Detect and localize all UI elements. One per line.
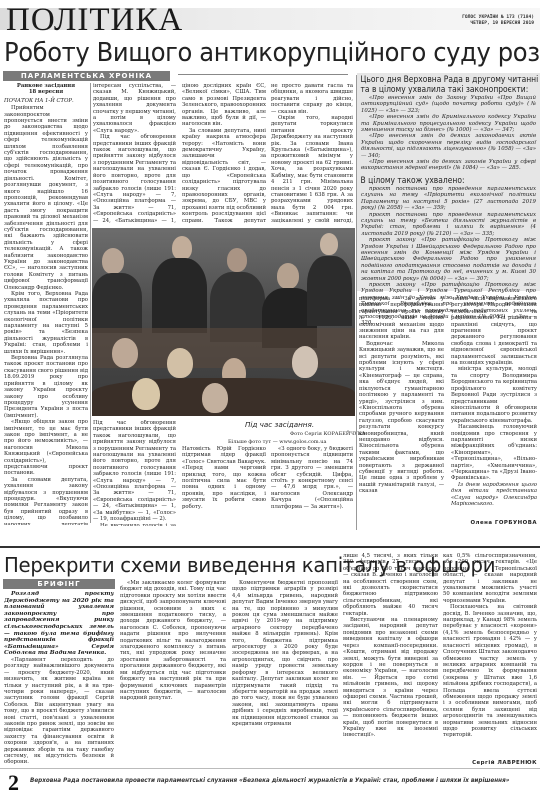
photo-caption: Під час засідання.: [245, 420, 314, 429]
paragraph: ках 0,5% сільгосппризначення, або 200 ти…: [443, 553, 537, 604]
paragraph: Коментуючи бюджетні пропозиції щодо підт…: [232, 580, 338, 727]
paragraph: Насамкінець головуючий повідомив про ств…: [451, 424, 537, 482]
sidebar-item: проєкт закону «Про ратифікацію Протоколу…: [361, 237, 536, 282]
article2-lead: Розгляд проєкту Держбюджету на 2020 рік …: [4, 591, 114, 657]
paragraph: Натомість Юрій Гордієнко підтримав лідер…: [182, 446, 266, 510]
article2-column-4: лише 4,5 тисячі, з яких тільки 380 ферме…: [343, 553, 438, 766]
photo-more-link[interactable]: Більше фото тут — www.golos.com.ua: [228, 439, 326, 445]
paragraph: Водночас Микола Княжицький зауважив, що …: [359, 341, 444, 495]
paragraph: інтересам суспільства, — сказав М. Княжи…: [93, 83, 176, 134]
paragraph: Прийнятим законопроєктом пропонується вн…: [4, 105, 88, 291]
paragraph: Окрім того, народні депутати торкнулися …: [271, 115, 353, 223]
article2-column-2: «Ми закликаємо колег формувати бюджет ві…: [120, 580, 226, 766]
paragraph: Крім того, Верховна Рада ухвалила постан…: [4, 291, 88, 355]
paragraph: «Якщо обіцяли закон про імпічмент, то це…: [4, 419, 88, 477]
paragraph: Не вистачило голосів і за проєкт постано…: [93, 523, 176, 527]
sidebar-item: «Про внесення змін до деяких законодавчи…: [361, 133, 536, 159]
section-title: ПОЛІТИКА: [6, 5, 183, 35]
sidebar-item: «Про внесення змін до Закону України «Пр…: [361, 95, 536, 114]
column-rule: [356, 75, 357, 530]
sidebar-title: Цього дня Верховна Рада в другому читанн…: [357, 73, 518, 95]
sidebar-subtitle: В цілому також ухвалено:: [357, 174, 518, 186]
paragraph: ціною дослідних країн ЄС, «Великої сімки…: [182, 83, 266, 128]
paragraph: чення часів парламентського регулятора. …: [451, 296, 537, 366]
paragraph: За словами депутата, нині країну накрила…: [182, 128, 266, 223]
article-separator: [0, 546, 540, 548]
sidebar-item: проєкт постанови про проведення парламен…: [361, 186, 536, 212]
article2-column-3: Коментуючи бюджетні пропозиції щодо підт…: [232, 580, 338, 766]
paragraph: лише 4,5 тисячі, з яких тільки 380 ферме…: [343, 553, 438, 617]
paragraph: міністра культури, молоді та спорту Воло…: [451, 366, 537, 424]
article1-signature: Олена ГОРБУНОВА: [451, 520, 537, 526]
divider: [178, 74, 348, 75]
article1-column-5: платформа — За життя» у питанні переформ…: [359, 296, 444, 528]
article1-column-6: чення часів парламентського регулятора. …: [451, 296, 537, 516]
article1-column-4: не просто давати гасла та обіцянки, а як…: [271, 83, 353, 223]
masthead: ГОЛОС УКРАЇНИ № 173 (7184) ЧЕТВЕР, 19 ВЕ…: [462, 15, 534, 27]
article1-column-4-cont: «З одного боку, у бюджеті пропонується п…: [271, 446, 353, 526]
paragraph: «Парламент переходить до розгляду найваж…: [4, 657, 114, 766]
sidebar-box: Цього дня Верховна Рада в другому читанн…: [357, 73, 540, 291]
sidebar-item: проєкт постанови про проведення парламен…: [361, 212, 536, 238]
article1-column-3: ціною дослідних країн ЄС, «Великої сімки…: [182, 83, 266, 223]
article1-column-2-cont: Під час обговорення представники інших ф…: [93, 420, 176, 526]
sidebar-list: «Про внесення змін до Закону України «Пр…: [357, 95, 540, 172]
continued-from: ПОЧАТОК НА 1-Й СТОР.: [4, 98, 88, 104]
paragraph: Верховна Рада розглянула також проєкт по…: [4, 355, 88, 419]
paragraph: платформа — За життя» у питанні переформ…: [359, 296, 444, 341]
sidebar-item: «Про внесення змін до деяких законів Укр…: [361, 159, 536, 172]
article2-column-5: ках 0,5% сільгосппризначення, або 200 ти…: [443, 553, 537, 756]
masthead-date: ЧЕТВЕР, 19 ВЕРЕСНЯ 2019: [462, 21, 534, 27]
article2-rubric: БРИФІНГ: [3, 579, 115, 589]
paragraph: За словами депутата, ухвалення закону ві…: [4, 477, 88, 525]
paragraph: Із днем народження цього дня вітали пред…: [451, 482, 537, 508]
page-number: 2: [8, 770, 19, 796]
paragraph: Під час обговорення представники інших ф…: [93, 134, 176, 223]
paragraph: не просто давати гасла та обіцянки, а як…: [271, 83, 353, 115]
paragraph: Посилаючись на світовий досвід, В. Івчен…: [443, 604, 537, 739]
article1-headline: Роботу Вищого антикорупційного суду розб…: [4, 38, 540, 68]
paragraph: Виступаючи на пленарному засіданні, наро…: [343, 617, 438, 739]
footer-divider: [0, 768, 540, 769]
article1-column-3-cont: Натомість Юрій Гордієнко підтримав лідер…: [182, 446, 266, 526]
article2-column-1: Розгляд проєкту Держбюджету на 2020 рік …: [4, 591, 114, 766]
paragraph: «З одного боку, у бюджеті пропонується п…: [271, 446, 353, 510]
article1-column-1: Ранкове засідання 18 вересня ПОЧАТОК НА …: [4, 83, 88, 525]
footer-announcement: Верховна Рада постановила провести парла…: [30, 777, 509, 784]
article1-rubric: ПАРЛАМЕНТСЬКА ХРОНІКА: [3, 71, 170, 81]
column-rule: [90, 83, 91, 523]
dateline-date: 18 вересня: [4, 89, 88, 95]
photo-credit: Фото Сергія КОРАБЕЙЧУКА: [290, 431, 365, 437]
paragraph: Під час обговорення представники інших ф…: [93, 420, 176, 523]
session-photo: [92, 228, 355, 416]
sidebar-item: «Про внесення змін до Кримінального коде…: [361, 114, 536, 133]
paragraph: «Ми закликаємо колег формувати бюджет ві…: [120, 580, 226, 702]
article2-signature: Сергій ЛАВРЕНЮК: [443, 760, 537, 766]
article1-column-2: інтересам суспільства, — сказав М. Княжи…: [93, 83, 176, 223]
